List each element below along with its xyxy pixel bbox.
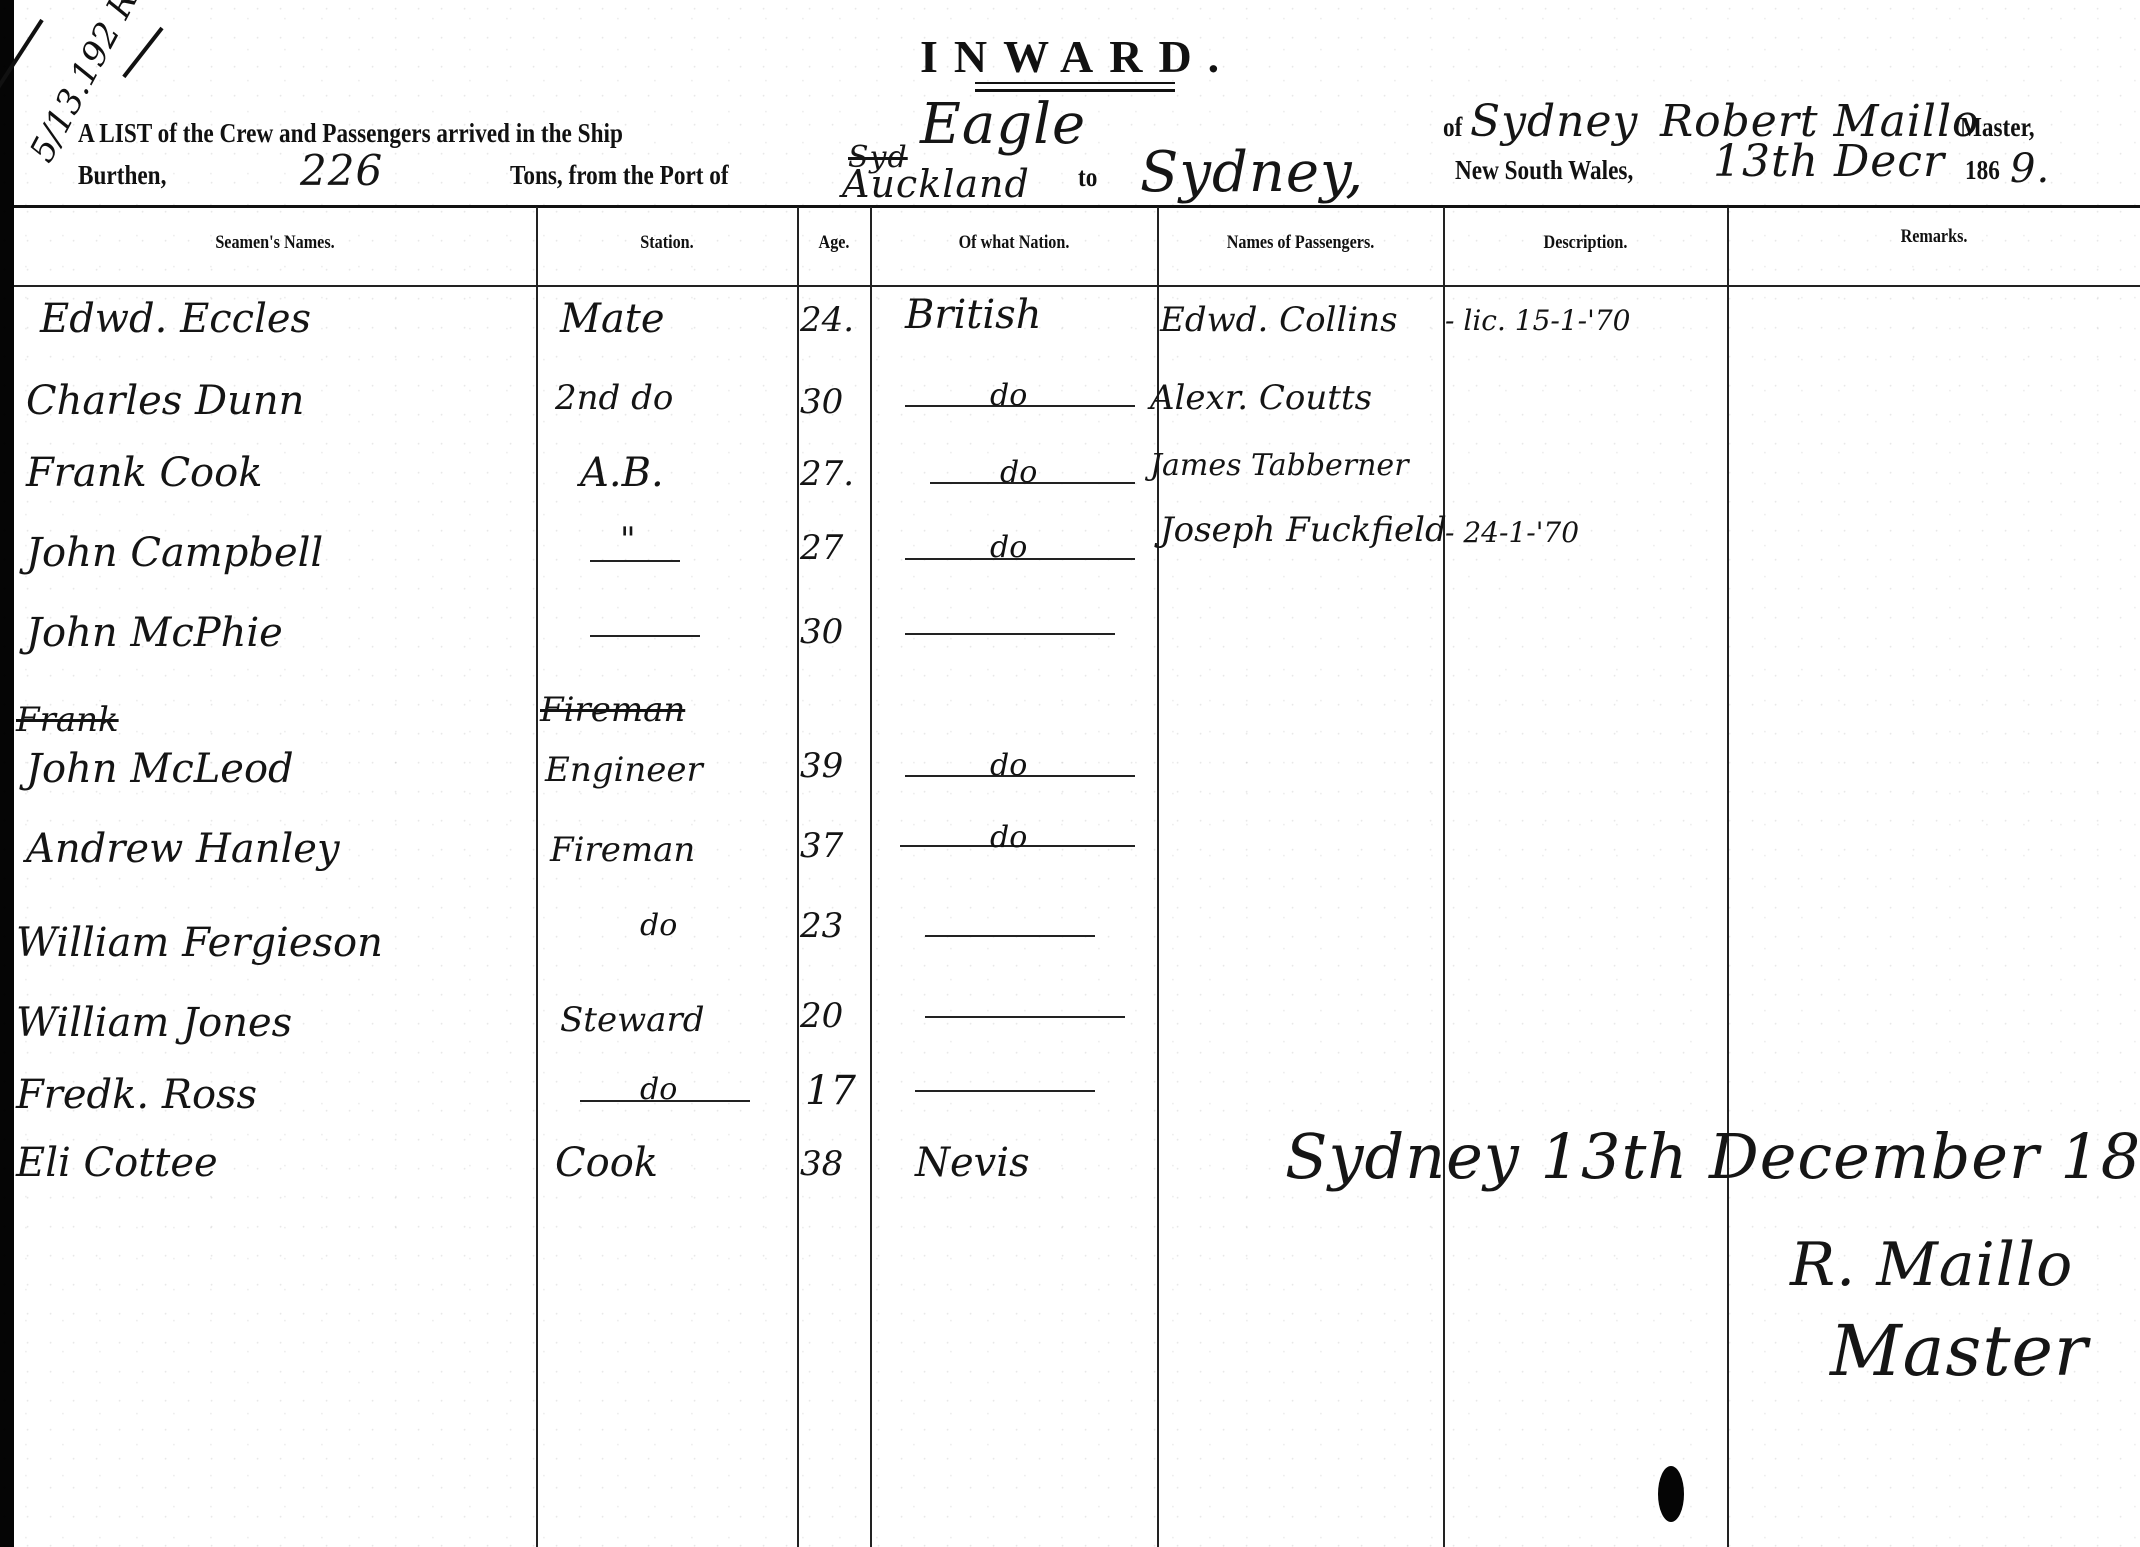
column-divider xyxy=(1727,207,1729,1547)
seaman-station: Mate xyxy=(560,296,665,342)
column-header-remarks: Remarks. xyxy=(1759,226,2109,248)
passenger-name: Alexr. Coutts xyxy=(1150,378,1372,418)
seaman-station: do xyxy=(640,908,677,943)
column-divider xyxy=(536,207,538,1547)
ditto-line xyxy=(925,935,1095,937)
seaman-nation: do xyxy=(990,530,1027,565)
seaman-station: 2nd do xyxy=(555,378,673,418)
seaman-name: Eli Cottee xyxy=(16,1140,218,1186)
of-label: of xyxy=(1443,112,1462,143)
column-divider xyxy=(1443,207,1445,1547)
seaman-name-struck: Frank xyxy=(16,700,119,740)
to-port: Sydney, xyxy=(1140,140,1364,205)
list-intro: A LIST of the Crew and Passengers arrive… xyxy=(78,118,623,149)
page-title: INWARD. xyxy=(920,30,1235,83)
seaman-age: 30 xyxy=(800,612,843,652)
seaman-station: do xyxy=(640,1072,677,1107)
scan-edge xyxy=(0,0,14,1547)
seaman-age: 24. xyxy=(800,300,854,340)
seaman-station: Engineer xyxy=(545,750,703,790)
column-divider xyxy=(797,207,799,1547)
tons-label: Tons, from the Port of xyxy=(510,160,729,191)
seaman-age: 30 xyxy=(800,382,843,422)
column-header-nation: Of what Nation. xyxy=(892,232,1135,254)
header-bottom-rule xyxy=(14,285,2140,287)
seaman-name: Edwd. Eccles xyxy=(40,296,311,342)
seaman-age: 20 xyxy=(800,996,843,1036)
seaman-age: 27. xyxy=(800,454,854,494)
column-header-station: Station. xyxy=(557,232,778,254)
state-label: New South Wales, xyxy=(1455,155,1633,186)
ship-name: Eagle xyxy=(920,92,1086,157)
seaman-name: William Jones xyxy=(16,1000,292,1046)
arrival-date: 13th Decr xyxy=(1713,136,1945,187)
master-signature: R. Maillo xyxy=(1790,1230,2073,1300)
seaman-age: 17 xyxy=(805,1068,856,1114)
ditto-line xyxy=(590,635,700,637)
seaman-name: Charles Dunn xyxy=(26,378,304,424)
column-divider xyxy=(870,207,872,1547)
passenger-name: James Tabberner xyxy=(1150,448,1409,483)
seaman-name: William Fergieson xyxy=(16,920,383,966)
seaman-station: " xyxy=(620,520,636,560)
seaman-age: 37 xyxy=(800,826,843,866)
passenger-name: Joseph Fuckfield xyxy=(1160,510,1447,550)
seaman-age: 39 xyxy=(800,746,843,786)
passenger-description: - 24-1-'70 xyxy=(1445,516,1579,549)
seaman-nation: do xyxy=(1000,455,1037,490)
column-header-description: Description. xyxy=(1465,232,1706,254)
seaman-station: A.B. xyxy=(580,450,664,496)
seaman-age: 38 xyxy=(800,1144,843,1184)
passenger-description: - lic. 15-1-'70 xyxy=(1445,304,1630,337)
tons-value: 226 xyxy=(300,146,383,195)
seaman-age: 23 xyxy=(800,906,843,946)
ink-blot xyxy=(1658,1466,1684,1522)
seaman-station: Cook xyxy=(555,1140,658,1186)
from-port: Auckland xyxy=(842,162,1030,206)
signature-title: Master xyxy=(1830,1310,2088,1392)
seaman-nation: Nevis xyxy=(915,1140,1030,1186)
seaman-station-struck: Fireman xyxy=(540,690,685,730)
seaman-name: John McLeod xyxy=(26,746,294,792)
seaman-nation: do xyxy=(990,748,1027,783)
column-header-age: Age. xyxy=(803,232,864,254)
column-header-seamen-names: Seamen's Names. xyxy=(53,232,497,254)
seaman-age: 27 xyxy=(800,528,843,568)
title-underline xyxy=(975,82,1175,92)
master-label: Master, xyxy=(1960,112,2035,143)
table-top-rule xyxy=(14,205,2140,208)
ditto-line xyxy=(925,1016,1125,1018)
ditto-line xyxy=(905,633,1115,635)
year-digit: 9. xyxy=(2010,146,2050,192)
burthen-label: Burthen, xyxy=(78,160,166,191)
seaman-name: John Campbell xyxy=(26,530,323,576)
passenger-name: Edwd. Collins xyxy=(1160,300,1398,340)
seaman-name: Fredk. Ross xyxy=(16,1072,257,1118)
to-label: to xyxy=(1078,162,1097,193)
ditto-line xyxy=(915,1090,1095,1092)
year-printed: 186 xyxy=(1965,155,2000,186)
home-port: Sydney xyxy=(1470,96,1638,147)
seaman-name: John McPhie xyxy=(26,610,283,656)
ditto-line xyxy=(590,560,680,562)
seaman-nation: do xyxy=(990,820,1027,855)
place-and-date: Sydney 13th December 18 xyxy=(1285,1120,2140,1193)
column-header-passengers: Names of Passengers. xyxy=(1179,232,1421,254)
seaman-nation: do xyxy=(990,378,1027,413)
seaman-nation: British xyxy=(905,292,1041,338)
seaman-name: Andrew Hanley xyxy=(26,826,340,872)
seaman-station: Fireman xyxy=(550,830,695,870)
seaman-name: Frank Cook xyxy=(26,450,262,496)
seaman-station: Steward xyxy=(560,1000,704,1040)
